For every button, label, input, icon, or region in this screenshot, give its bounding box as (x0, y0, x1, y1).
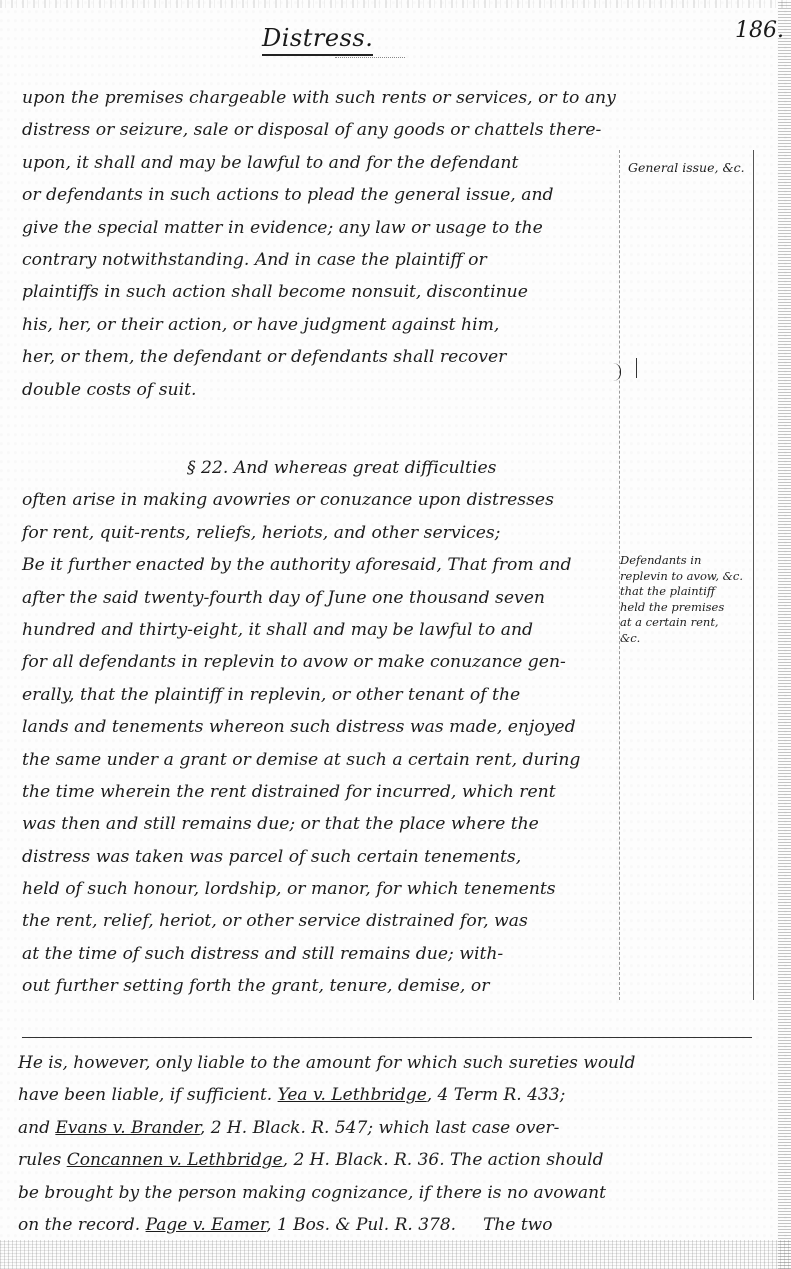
scan-edge-right (778, 0, 791, 1269)
text-line: or defendants in such actions to plead t… (22, 179, 622, 211)
footnote-text: on the record. (18, 1215, 146, 1235)
section-heading-line: § 22. And whereas great difficulties (22, 452, 622, 484)
marginal-line: that the plaintiff (620, 584, 755, 600)
footnote-text: , 4 Term R. 433; (427, 1085, 566, 1105)
footnote-line: and Evans v. Brander, 2 H. Black. R. 547… (18, 1112, 778, 1144)
text-line: erally, that the plaintiff in replevin, … (22, 679, 622, 711)
marginal-note-general-issue: General issue, &c. (628, 160, 745, 175)
footnote-text: , 2 H. Black. R. 36. The action should (283, 1150, 604, 1170)
marginal-line: held the premises (620, 600, 755, 616)
text-line: held of such honour, lordship, or manor,… (22, 873, 622, 905)
text-line: hundred and thirty-eight, it shall and m… (22, 614, 622, 646)
case-citation: Evans v. Brander (55, 1118, 200, 1138)
footnote-text: rules (18, 1150, 67, 1170)
title-rule (335, 57, 405, 58)
text-line: give the special matter in evidence; any… (22, 212, 622, 244)
footnote-text: , 2 H. Black. R. 547; which last case ov… (200, 1118, 560, 1138)
text-line: distress was taken was parcel of such ce… (22, 841, 622, 873)
text-line: for all defendants in replevin to avow o… (22, 646, 622, 678)
footnote-text: , 1 Bos. & Pul. R. 378. The two (266, 1215, 552, 1235)
text-line: the time wherein the rent distrained for… (22, 776, 622, 808)
text-line: out further setting forth the grant, ten… (22, 970, 622, 1002)
marginal-note-defendants-replevin: Defendants in replevin to avow, &c. that… (620, 553, 755, 646)
page-number: 186. (735, 18, 784, 43)
footnote-text: and (18, 1118, 55, 1138)
text-line: upon, it shall and may be lawful to and … (22, 147, 622, 179)
text-line: the same under a grant or demise at such… (22, 744, 622, 776)
scan-noise-bottom (0, 1240, 791, 1269)
footnote-divider (22, 1037, 752, 1038)
text-line: Be it further enacted by the authority a… (22, 549, 622, 581)
marginal-line: at a certain rent, (620, 615, 755, 631)
case-citation: Yea v. Lethbridge (278, 1085, 427, 1105)
text-line: the rent, relief, heriot, or other servi… (22, 905, 622, 937)
text-line: plaintiffs in such action shall become n… (22, 276, 622, 308)
text-line: at the time of such distress and still r… (22, 938, 622, 970)
footnote-line: have been liable, if sufficient. Yea v. … (18, 1079, 778, 1111)
marginal-line: &c. (620, 631, 755, 647)
case-citation: Concannen v. Lethbridge (67, 1150, 283, 1170)
text-line: double costs of suit. (22, 374, 622, 406)
text-line: lands and tenements whereon such distres… (22, 711, 622, 743)
text-line: distress or seizure, sale or disposal of… (22, 114, 622, 146)
text-line: upon the premises chargeable with such r… (22, 82, 622, 114)
footnote: He is, however, only liable to the amoun… (18, 1047, 778, 1241)
footnote-line: on the record. Page v. Eamer, 1 Bos. & P… (18, 1209, 778, 1241)
manuscript-page: Distress. 186. upon the premises chargea… (0, 0, 791, 1269)
text-line: was then and still remains due; or that … (22, 808, 622, 840)
marginal-line: Defendants in (620, 553, 755, 569)
footnote-line: He is, however, only liable to the amoun… (18, 1047, 778, 1079)
text-line: her, or them, the defendant or defendant… (22, 341, 622, 373)
scan-noise-top (0, 0, 791, 8)
text-line: often arise in making avowries or conuza… (22, 484, 622, 516)
footnote-line: be brought by the person making cognizan… (18, 1177, 778, 1209)
case-citation: Page v. Eamer (146, 1215, 267, 1235)
body-paragraph-section-22: § 22. And whereas great difficulties oft… (22, 452, 622, 1003)
margin-tick-mark (636, 358, 637, 378)
body-paragraph-1: upon the premises chargeable with such r… (22, 82, 622, 406)
text-line: after the said twenty-fourth day of June… (22, 582, 622, 614)
footnote-line: rules Concannen v. Lethbridge, 2 H. Blac… (18, 1144, 778, 1176)
footnote-text: have been liable, if sufficient. (18, 1085, 278, 1105)
text-line: contrary notwithstanding. And in case th… (22, 244, 622, 276)
page-title: Distress. (262, 24, 373, 56)
text-line: his, her, or their action, or have judgm… (22, 309, 622, 341)
marginal-line: replevin to avow, &c. (620, 569, 755, 585)
text-line: for rent, quit-rents, reliefs, heriots, … (22, 517, 622, 549)
